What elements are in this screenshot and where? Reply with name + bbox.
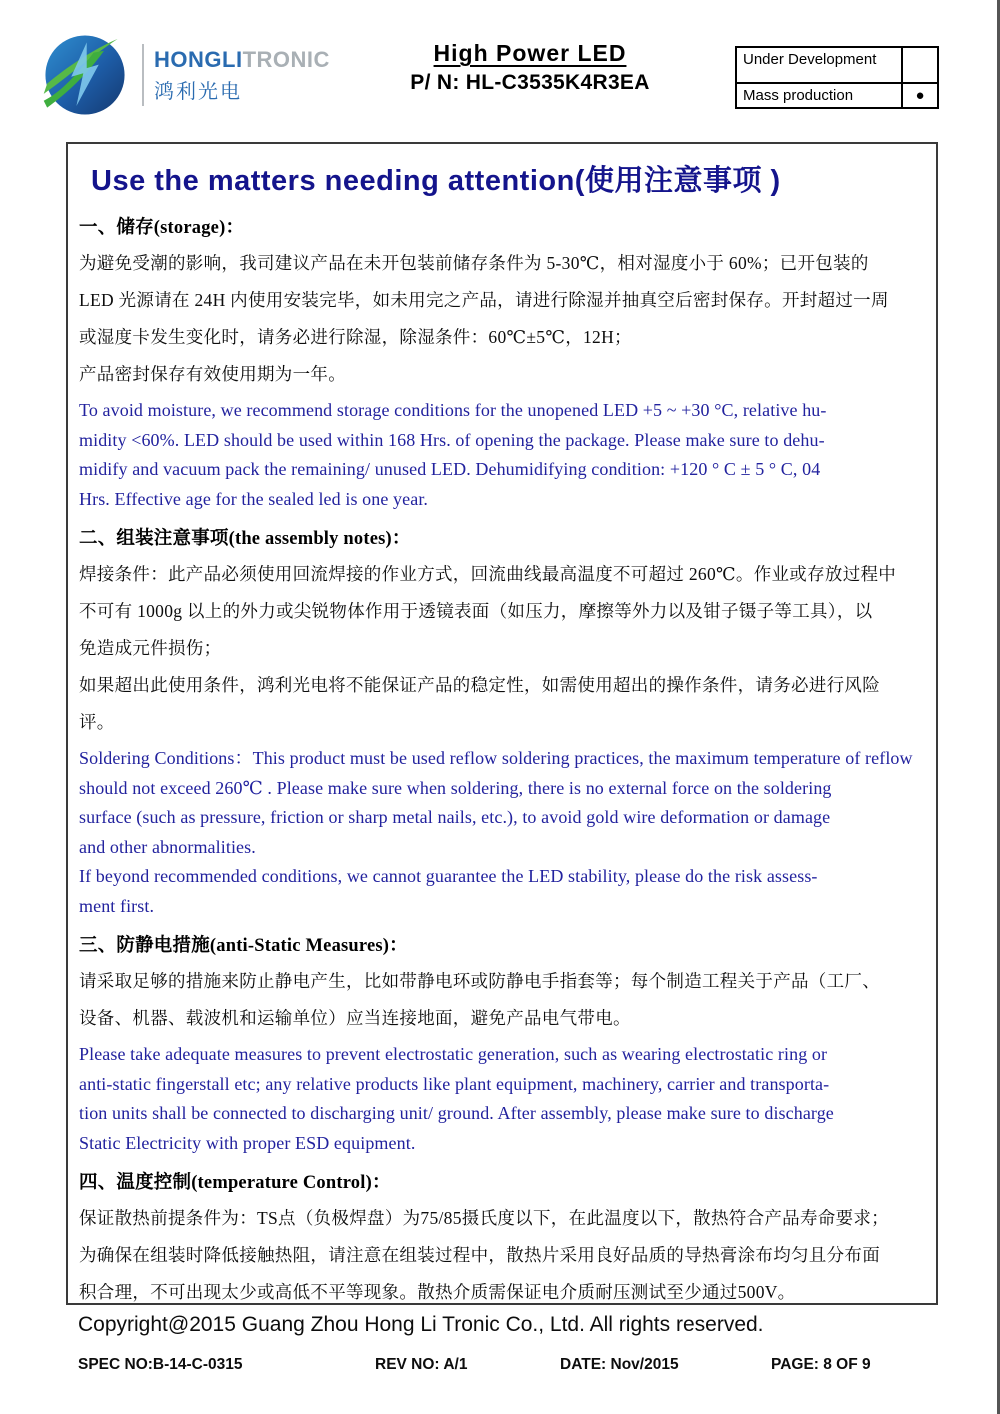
english-paragraph: To avoid moisture, we recommend storage … [79,396,925,514]
product-line-title: High Power LED [350,40,710,67]
brand-name-light: TRONIC [243,47,330,72]
text-line: 设备、机器、载波机和运输单位）应当连接地面，避免产品电气带电。 [79,1000,925,1037]
page-header: HONGLITRONIC 鸿利光电 High Power LED P/ N: H… [40,30,967,125]
text-line: surface (such as pressure, friction or s… [79,803,925,833]
text-line: 为确保在组装时降低接触热阻，请注意在组装过程中，散热片采用良好品质的导热膏涂布均… [79,1237,925,1274]
text-line: 或湿度卡发生变化时，请务必进行除湿，除湿条件：60℃±5℃，12H； [79,319,925,356]
datasheet-page: HONGLITRONIC 鸿利光电 High Power LED P/ N: H… [0,0,1000,1414]
chinese-paragraph: 焊接条件：此产品必须使用回流焊接的作业方式，回流曲线最高温度不可超过 260℃。… [79,556,925,741]
text-line: 免造成元件损伤； [79,630,925,667]
section-anti-static: 三、防静电措施(anti-Static Measures)： 请采取足够的措施来… [79,931,925,1158]
spec-number: SPEC NO:B-14-C-0315 [78,1356,375,1374]
english-paragraph: Please take adequate measures to prevent… [79,1040,925,1158]
document-title-block: High Power LED P/ N: HL-C3535K4R3EA [350,40,710,95]
chinese-paragraph: 保证散热前提条件为：TS点（负极焊盘）为75/85摄氏度以下，在此温度以下，散热… [79,1200,925,1311]
status-under-development-label: Under Development [736,47,902,83]
section-heading: 二、组装注意事项(the assembly notes)： [79,524,925,550]
date: DATE: Nov/2015 [560,1356,771,1374]
status-mass-production-label: Mass production [736,83,902,108]
text-line: 产品密封保存有效使用期为一年。 [79,356,925,393]
rev-number: REV NO: A/1 [375,1356,560,1374]
copyright-notice: Copyright@2015 Guang Zhou Hong Li Tronic… [78,1313,764,1337]
text-line: tion units shall be connected to dischar… [79,1099,925,1129]
english-paragraph: Soldering Conditions：This product must b… [79,744,925,921]
text-line: If beyond recommended conditions, we can… [79,862,925,892]
text-line: and other abnormalities. [79,833,925,863]
section-heading: 三、防静电措施(anti-Static Measures)： [79,931,925,957]
text-line: Please take adequate measures to prevent… [79,1040,925,1070]
logo-divider [142,44,144,106]
chinese-paragraph: 请采取足够的措施来防止静电产生，比如带静电环或防静电手指套等；每个制造工程关于产… [79,963,925,1037]
part-number: P/ N: HL-C3535K4R3EA [350,71,710,95]
table-row: Mass production ● [736,83,938,108]
attention-content-box: Use the matters needing attention(使用注意事项… [66,142,938,1305]
production-status-table: Under Development Mass production ● [735,46,939,109]
text-line: 为避免受潮的影响，我司建议产品在未开包装前储存条件为 5-30℃，相对湿度小于 … [79,245,925,282]
page-title: Use the matters needing attention(使用注意事项… [79,158,925,199]
text-line: midity <60%. LED should be used within 1… [79,426,925,456]
chinese-paragraph: 为避免受潮的影响，我司建议产品在未开包装前储存条件为 5-30℃，相对湿度小于 … [79,245,925,393]
section-storage: 一、储存(storage)： 为避免受潮的影响，我司建议产品在未开包装前储存条件… [79,213,925,514]
text-line: 请采取足够的措施来防止静电产生，比如带静电环或防静电手指套等；每个制造工程关于产… [79,963,925,1000]
brand-name-chinese: 鸿利光电 [154,75,330,104]
text-line: midify and vacuum pack the remaining/ un… [79,455,925,485]
table-row: Under Development [736,47,938,83]
text-line: Hrs. Effective age for the sealed led is… [79,485,925,515]
text-line: Soldering Conditions：This product must b… [79,744,925,774]
text-line: To avoid moisture, we recommend storage … [79,396,925,426]
section-heading: 四、温度控制(temperature Control)： [79,1168,925,1194]
brand-name-bold: HONGLI [154,47,243,72]
page-number: PAGE: 8 OF 9 [771,1356,957,1374]
section-assembly-notes: 二、组装注意事项(the assembly notes)： 焊接条件：此产品必须… [79,524,925,921]
status-under-development-marker [902,47,938,83]
text-line: 保证散热前提条件为：TS点（负极焊盘）为75/85摄氏度以下，在此温度以下，散热… [79,1200,925,1237]
text-line: 如果超出此使用条件，鸿利光电将不能保证产品的稳定性，如需使用超出的操作条件，请务… [79,667,925,704]
logo-text: HONGLITRONIC 鸿利光电 [154,47,330,104]
text-line: 积合理，不可出现太少或高低不平等现象。散热介质需保证电介质耐压测试至少通过500… [79,1274,925,1311]
text-line: 焊接条件：此产品必须使用回流焊接的作业方式，回流曲线最高温度不可超过 260℃。… [79,556,925,593]
hongli-logo: HONGLITRONIC 鸿利光电 [42,32,330,118]
text-line: should not exceed 260℃ . Please make sur… [79,774,925,804]
section-heading: 一、储存(storage)： [79,213,925,239]
text-line: anti-static fingerstall etc; any relativ… [79,1070,925,1100]
text-line: Static Electricity with proper ESD equip… [79,1129,925,1159]
hongli-logo-icon [42,32,128,118]
text-line: 不可有 1000g 以上的外力或尖锐物体作用于透镜表面（如压力，摩擦等外力以及钳… [79,593,925,630]
text-line: ment first. [79,892,925,922]
status-mass-production-marker: ● [902,83,938,108]
text-line: 评。 [79,704,925,741]
section-temperature-control: 四、温度控制(temperature Control)： 保证散热前提条件为：T… [79,1168,925,1311]
document-footer: SPEC NO:B-14-C-0315 REV NO: A/1 DATE: No… [78,1356,957,1374]
text-line: LED 光源请在 24H 内使用安装完毕，如未用完之产品，请进行除湿并抽真空后密… [79,282,925,319]
